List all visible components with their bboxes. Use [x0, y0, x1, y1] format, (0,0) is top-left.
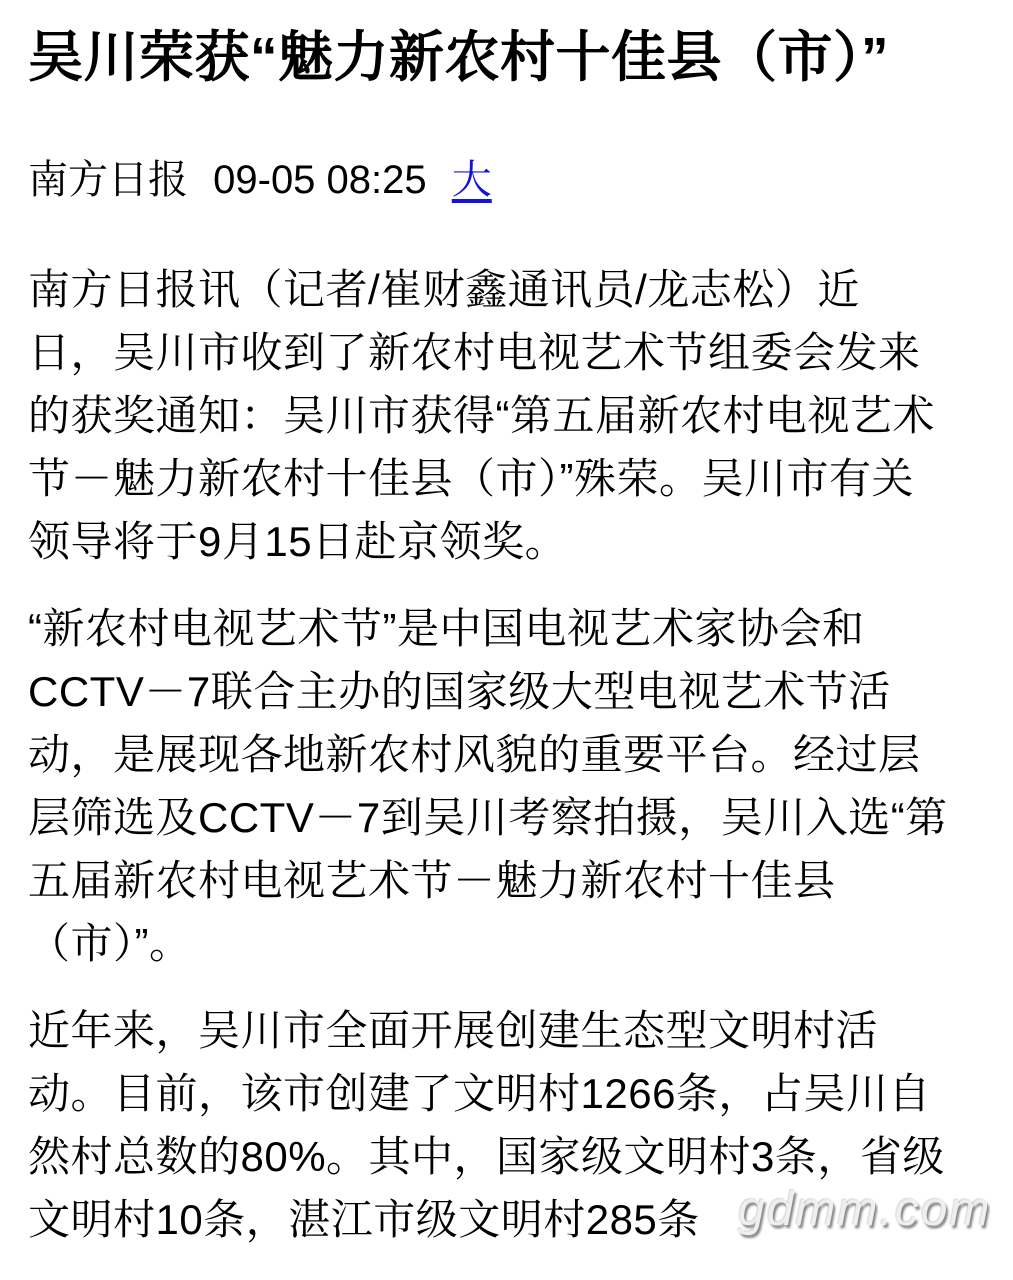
article-title: 吴川荣获“魅力新农村十佳县（市）” — [28, 26, 989, 88]
font-size-link[interactable]: 大 — [452, 158, 492, 202]
article-paragraph-1: 南方日报讯（记者/崔财鑫通讯员/龙志松）近 日，吴川市收到了新农村电视艺术节组委… — [28, 258, 989, 573]
byline-source: 南方日报 — [28, 158, 188, 202]
article: 吴川荣获“魅力新农村十佳县（市）” 南方日报 09-05 08:25 大 南方日… — [0, 0, 1013, 1251]
article-paragraph-3: 近年来，吴川市全面开展创建生态型文明村活 动。目前，该市创建了文明村1266条，… — [28, 999, 989, 1251]
byline: 南方日报 09-05 08:25 大 — [28, 158, 989, 202]
byline-datetime: 09-05 08:25 — [213, 158, 427, 202]
article-paragraph-2: “新农村电视艺术节”是中国电视艺术家协会和 CCTV－7联合主办的国家级大型电视… — [28, 597, 989, 975]
